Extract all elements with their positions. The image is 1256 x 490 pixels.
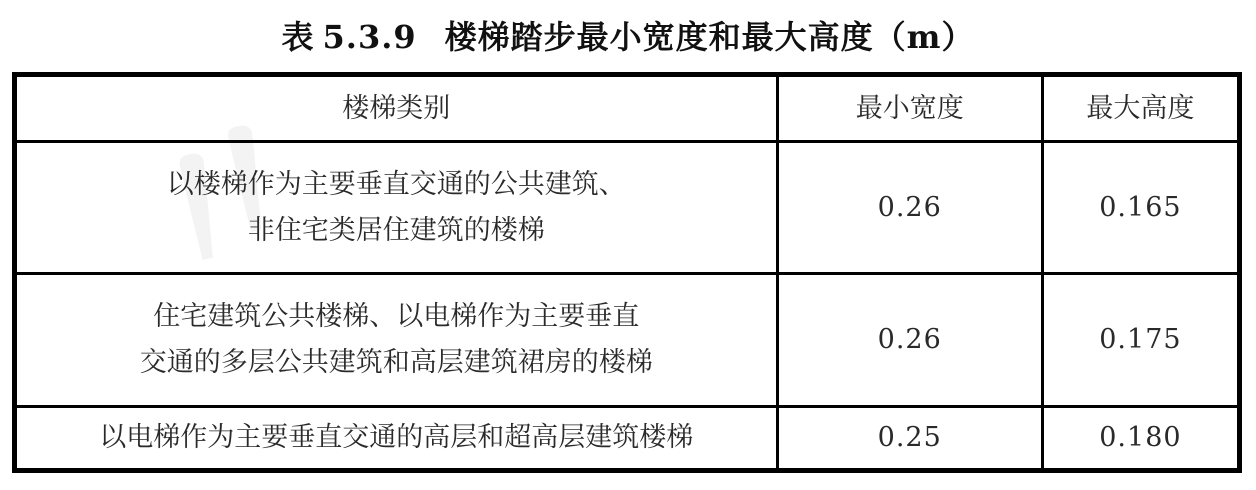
table-title-text: 楼梯踏步最小宽度和最大高度（m） (445, 18, 975, 56)
table-title-prefix: 表 (282, 18, 315, 56)
header-max-height: 最大高度 (1042, 75, 1239, 142)
category-line: 住宅建筑公共楼梯、以电梯作为主要垂直 (17, 294, 776, 340)
max-height-cell: 0.165 (1042, 142, 1239, 274)
category-line: 以楼梯作为主要垂直交通的公共建筑、 (17, 162, 776, 208)
stair-category-cell: 以楼梯作为主要垂直交通的公共建筑、 非住宅类居住建筑的楼梯 (15, 142, 778, 274)
min-width-cell: 0.26 (777, 274, 1042, 407)
max-height-cell: 0.175 (1042, 274, 1239, 407)
category-line: 非住宅类居住建筑的楼梯 (17, 208, 776, 254)
stair-step-table: 楼梯类别 最小宽度 最大高度 以楼梯作为主要垂直交通的公共建筑、 非住宅类居住建… (12, 72, 1242, 473)
table-row: 以电梯作为主要垂直交通的高层和超高层建筑楼梯 0.25 0.180 (15, 407, 1240, 471)
stair-category-cell: 以电梯作为主要垂直交通的高层和超高层建筑楼梯 (15, 407, 778, 471)
table-title: 表5.3.9楼梯踏步最小宽度和最大高度（m） (0, 12, 1256, 58)
header-min-width: 最小宽度 (777, 75, 1042, 142)
min-width-cell: 0.25 (777, 407, 1042, 471)
max-height-cell: 0.180 (1042, 407, 1239, 471)
table-row: 以楼梯作为主要垂直交通的公共建筑、 非住宅类居住建筑的楼梯 0.26 0.165 (15, 142, 1240, 274)
category-line: 以电梯作为主要垂直交通的高层和超高层建筑楼梯 (17, 415, 776, 461)
table-header-row: 楼梯类别 最小宽度 最大高度 (15, 75, 1240, 142)
min-width-cell: 0.26 (777, 142, 1042, 274)
category-line: 交通的多层公共建筑和高层建筑裙房的楼梯 (17, 340, 776, 386)
header-stair-category: 楼梯类别 (15, 75, 778, 142)
table-number: 5.3.9 (323, 18, 417, 56)
table-row: 住宅建筑公共楼梯、以电梯作为主要垂直 交通的多层公共建筑和高层建筑裙房的楼梯 0… (15, 274, 1240, 407)
stair-category-cell: 住宅建筑公共楼梯、以电梯作为主要垂直 交通的多层公共建筑和高层建筑裙房的楼梯 (15, 274, 778, 407)
